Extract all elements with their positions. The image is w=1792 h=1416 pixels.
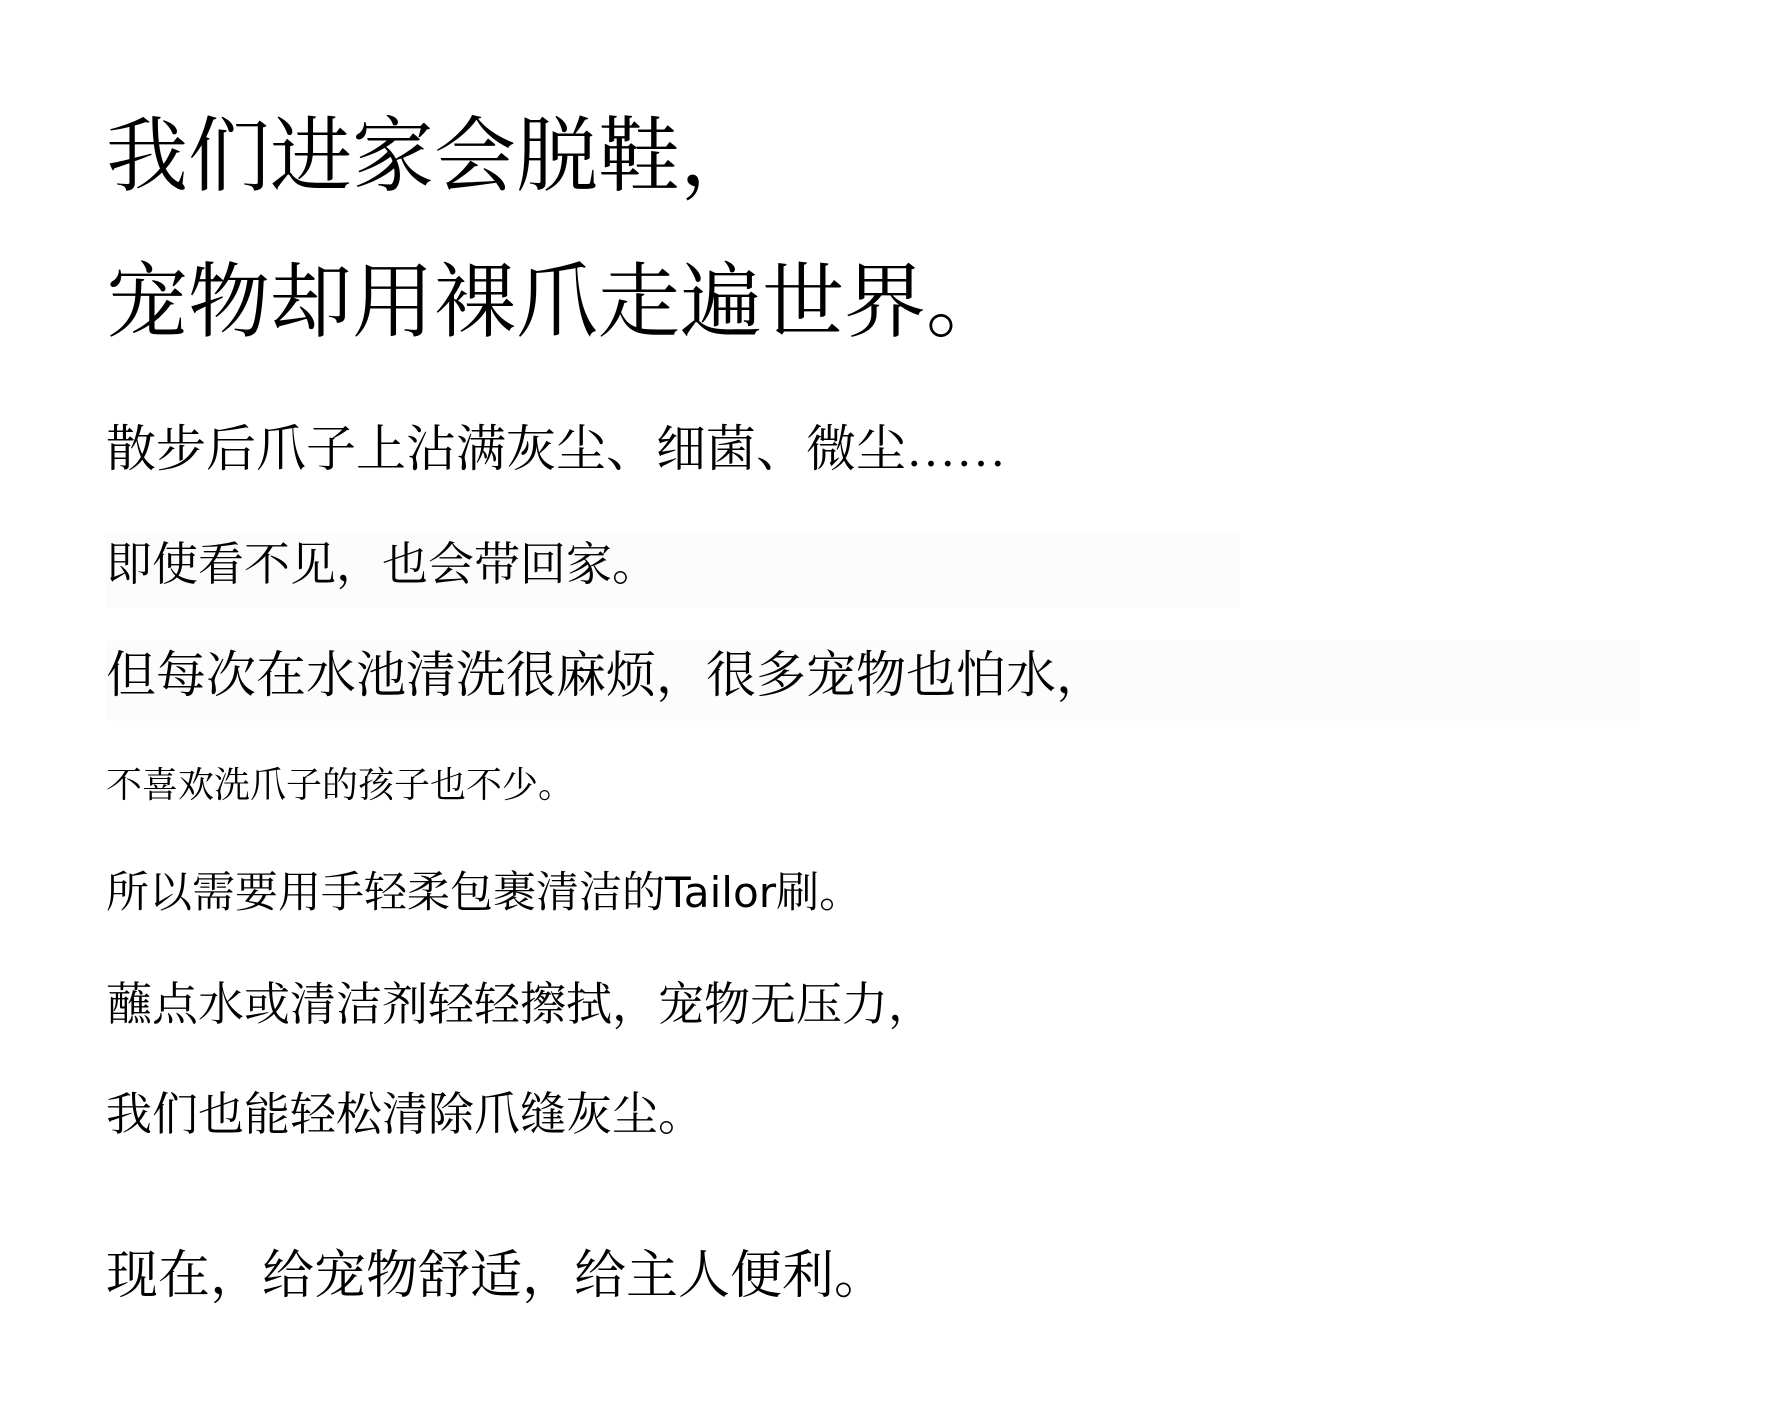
heading-line-2: 宠物却用裸爪走遍世界。 bbox=[106, 258, 1008, 348]
paragraph-tailor-brush-after: 刷。 bbox=[776, 870, 862, 917]
paragraph-dust-after-walk: 散步后爪子上沾满灰尘、细菌、微尘…… bbox=[106, 422, 1006, 477]
brand-name-tailor: Tailor bbox=[665, 868, 776, 917]
paragraph-sink-washing-trouble: 但每次在水池清洗很麻烦，很多宠物也怕水， bbox=[106, 648, 1106, 703]
document-page: 我们进家会脱鞋， 宠物却用裸爪走遍世界。 散步后爪子上沾满灰尘、细菌、微尘…… … bbox=[0, 0, 1792, 1416]
paragraph-brought-home: 即使看不见，也会带回家。 bbox=[106, 540, 658, 591]
paragraph-tailor-brush-before: 所以需要用手轻柔包裹清洁的 bbox=[106, 870, 665, 917]
paragraph-dislike-paw-washing: 不喜欢洗爪子的孩子也不少。 bbox=[106, 766, 574, 806]
paragraph-wipe-no-pressure: 蘸点水或清洁剂轻轻擦拭，宠物无压力， bbox=[106, 980, 934, 1031]
paragraph-tailor-brush: 所以需要用手轻柔包裹清洁的Tailor刷。 bbox=[106, 870, 862, 917]
heading-line-1: 我们进家会脱鞋， bbox=[106, 112, 762, 202]
paragraph-easy-clean-paw-gaps: 我们也能轻松清除爪缝灰尘。 bbox=[106, 1090, 704, 1141]
closing-line: 现在，给宠物舒适，给主人便利。 bbox=[106, 1248, 886, 1305]
